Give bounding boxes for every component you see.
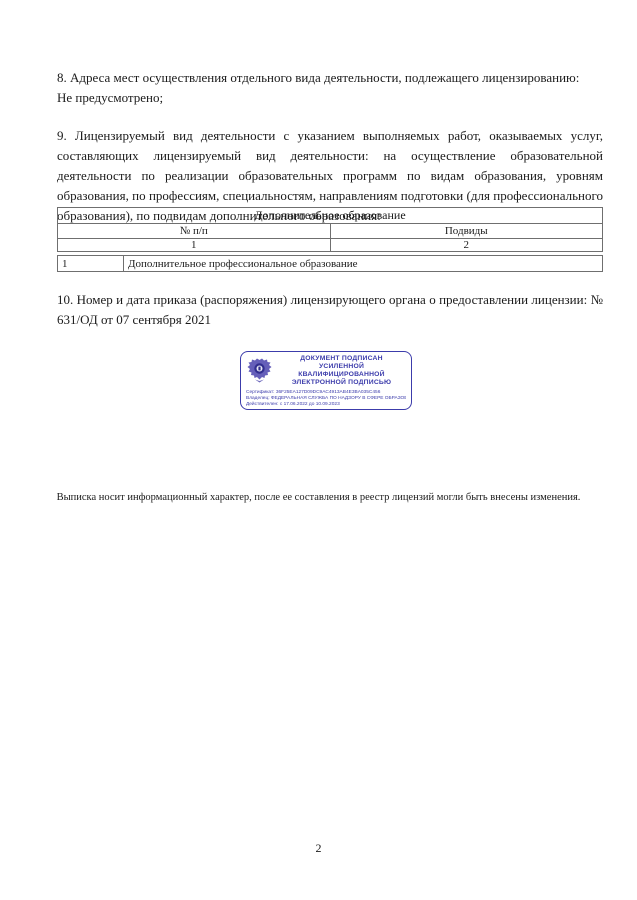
stamp-details: Сертификат: 36F25EA127D09DC9AC4913AB4E3B… [246,390,406,408]
section-8-addresses: 8. Адреса мест осуществления отдельного … [57,68,603,108]
table-col2-header: Подвиды [330,224,603,239]
additional-education-table: Дополнительное образование № п/п Подвиды… [57,207,603,272]
informational-note: Выписка носит информационный характер, п… [0,492,637,503]
stamp-header: ДОКУМЕНТ ПОДПИСАН УСИЛЕННОЙ КВАЛИФИЦИРОВ… [246,355,406,387]
table-col1-header: № п/п [58,224,331,239]
section-8-label: 8. Адреса мест осуществления отдельного … [57,68,603,88]
stamp-title: ДОКУМЕНТ ПОДПИСАН УСИЛЕННОЙ КВАЛИФИЦИРОВ… [277,355,406,388]
digital-signature-stamp: ДОКУМЕНТ ПОДПИСАН УСИЛЕННОЙ КВАЛИФИЦИРОВ… [240,351,412,410]
table-title: Дополнительное образование [58,208,603,224]
table-col2-number: 2 [330,239,603,252]
table-header-part: Дополнительное образование № п/п Подвиды… [57,207,603,252]
table-row: 1 Дополнительное профессиональное образо… [58,256,603,272]
rosobrnadzor-emblem-icon [246,357,273,385]
stamp-title-line3: ЭЛЕКТРОННОЙ ПОДПИСЬЮ [292,379,391,386]
license-extract-page: 8. Адреса мест осуществления отдельного … [0,0,637,900]
table-col1-number: 1 [58,239,331,252]
stamp-validity: Действителен: с 17.06.2022 до 10.09.2023 [246,402,406,408]
stamp-title-line1: ДОКУМЕНТ ПОДПИСАН [300,355,382,362]
table-body-part: 1 Дополнительное профессиональное образо… [57,255,603,272]
section-8-value: Не предусмотрено; [57,88,603,108]
section-10-order-info: 10. Номер и дата приказа (распоряжения) … [57,290,603,330]
row-value-cell: Дополнительное профессиональное образова… [124,256,603,272]
stamp-title-line2: УСИЛЕННОЙ КВАЛИФИЦИРОВАННОЙ [298,363,385,378]
row-number-cell: 1 [58,256,124,272]
page-number: 2 [0,841,637,856]
